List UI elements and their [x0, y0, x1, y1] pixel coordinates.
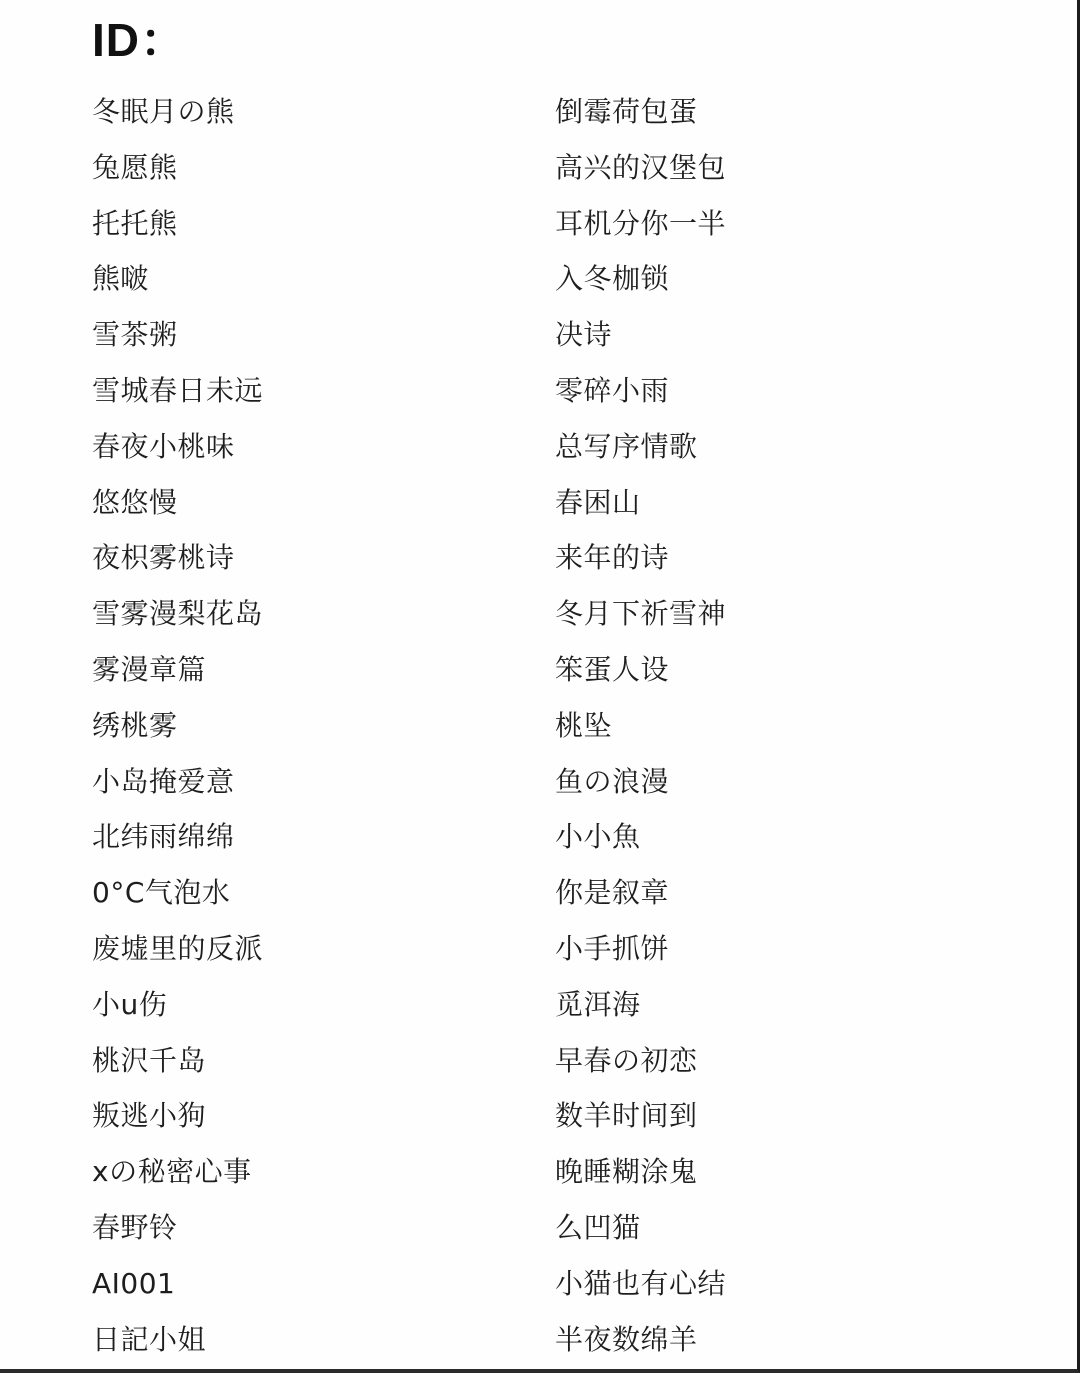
- id-list-item: 雪茶粥: [92, 307, 263, 363]
- id-list-item: 笨蛋人设: [555, 642, 726, 698]
- id-list-item: 熊啵: [92, 251, 263, 307]
- id-list-item: 来年的诗: [555, 530, 726, 586]
- id-list-item: 雪城春日未远: [92, 363, 263, 419]
- id-list-item: AI001: [92, 1256, 263, 1312]
- id-list-item: 小岛掩爱意: [92, 754, 263, 810]
- id-list-item: 零碎小雨: [555, 363, 726, 419]
- id-list-item: 总写序情歌: [555, 419, 726, 475]
- id-list-item: xの秘密心事: [92, 1144, 263, 1200]
- id-list-item: 桃坠: [555, 698, 726, 754]
- page-title: ID：: [92, 12, 187, 68]
- id-list-item: 小手抓饼: [555, 921, 726, 977]
- id-list-item: 春野铃: [92, 1200, 263, 1256]
- id-list-item: 觅洱海: [555, 977, 726, 1033]
- id-list-item: 绣桃雾: [92, 698, 263, 754]
- id-list-item: 小u伤: [92, 977, 263, 1033]
- id-list-item: 倒霉荷包蛋: [555, 84, 726, 140]
- id-list-item: 早春の初恋: [555, 1033, 726, 1089]
- id-list-item: 小小魚: [555, 809, 726, 865]
- id-list-item: 你是叙章: [555, 865, 726, 921]
- id-list-item: 春困山: [555, 475, 726, 531]
- id-list-item: 日記小姐: [92, 1312, 263, 1368]
- id-list-item: 雪雾漫梨花岛: [92, 586, 263, 642]
- id-list-item: 冬月下祈雪神: [555, 586, 726, 642]
- id-list-item: 冬眠月の熊: [92, 84, 263, 140]
- id-list-item: 半夜数绵羊: [555, 1312, 726, 1368]
- id-list-item: 夜枳雾桃诗: [92, 530, 263, 586]
- id-list-item: 雾漫章篇: [92, 642, 263, 698]
- id-list-item: 鱼の浪漫: [555, 754, 726, 810]
- id-list-item: 兔愿熊: [92, 140, 263, 196]
- id-list-item: 高兴的汉堡包: [555, 140, 726, 196]
- id-list-item: 悠悠慢: [92, 475, 263, 531]
- id-list-item: 桃沢千岛: [92, 1033, 263, 1089]
- id-list-right-column: 倒霉荷包蛋 高兴的汉堡包 耳机分你一半 入冬枷锁 决诗 零碎小雨 总写序情歌 春…: [555, 84, 726, 1367]
- id-list-item: 决诗: [555, 307, 726, 363]
- id-list-item: 废墟里的反派: [92, 921, 263, 977]
- id-list-item: 小猫也有心结: [555, 1256, 726, 1312]
- id-list-item: 叛逃小狗: [92, 1088, 263, 1144]
- id-list-item: 数羊时间到: [555, 1088, 726, 1144]
- id-list-item: 托托熊: [92, 196, 263, 252]
- id-list-item: 北纬雨绵绵: [92, 809, 263, 865]
- id-list-item: 春夜小桃味: [92, 419, 263, 475]
- id-list-item: 耳机分你一半: [555, 196, 726, 252]
- id-list-item: 0°C气泡水: [92, 865, 263, 921]
- id-list-item: 晚睡糊涂鬼: [555, 1144, 726, 1200]
- document-page: ID： 冬眠月の熊 兔愿熊 托托熊 熊啵 雪茶粥 雪城春日未远 春夜小桃味 悠悠…: [0, 0, 1080, 1373]
- id-list-item: 入冬枷锁: [555, 251, 726, 307]
- id-list-item: 么凹猫: [555, 1200, 726, 1256]
- id-list-left-column: 冬眠月の熊 兔愿熊 托托熊 熊啵 雪茶粥 雪城春日未远 春夜小桃味 悠悠慢 夜枳…: [92, 84, 263, 1367]
